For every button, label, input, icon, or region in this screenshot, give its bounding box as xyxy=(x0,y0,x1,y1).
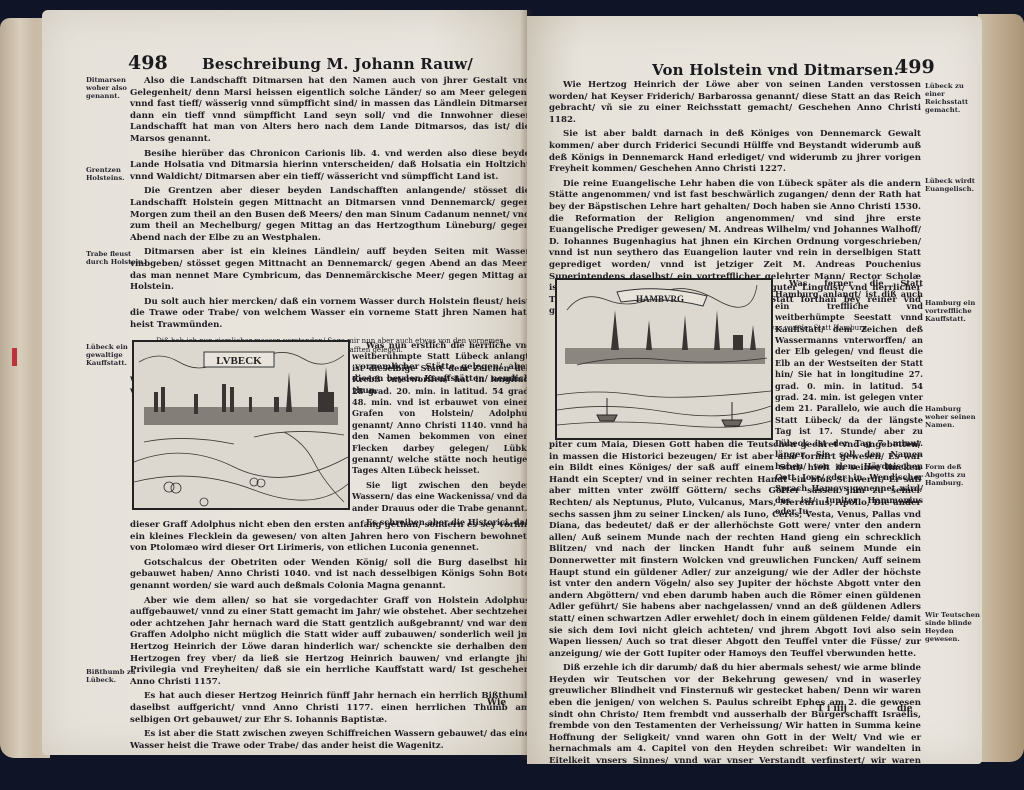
lubeck-woodcut: LVBECK xyxy=(132,340,350,510)
text-block-bottom-right: piter cum Maia, Diesen Gott haben die Te… xyxy=(549,440,921,764)
hamburg-cityscape-illustration: HAMBVRG xyxy=(557,280,771,438)
paragraph: Was nun erstlich die herrliche vnd weitb… xyxy=(352,340,527,477)
marginal-note: Lübeck wirdt Euangelisch. xyxy=(925,177,981,193)
paragraph: Diß erzehle ich dir darumb/ daß du hier … xyxy=(549,663,921,764)
hamburg-woodcut: HAMBVRG xyxy=(555,278,773,440)
text-column-beside-lubeck: Was nun erstlich die herrliche vnd weitb… xyxy=(352,340,527,532)
paragraph: Besihe hierüber das Chronicon Carionis l… xyxy=(130,149,527,184)
marginal-note: Form deß Abgotts zu Hamburg. xyxy=(925,463,981,487)
paragraph: Du solt auch hier mercken/ daß ein vorne… xyxy=(130,297,527,332)
paragraph: Die Grentzen aber dieser beyden Landscha… xyxy=(130,186,527,244)
catchword-right: die xyxy=(897,704,912,714)
text-block-bottom-left: dieser Graff Adolphus nicht eben den ers… xyxy=(130,520,527,755)
marginal-note: Lübeck zu einer Reichsstatt gemacht. xyxy=(925,82,981,114)
running-head-right: Von Holstein vnd Ditmarsen. xyxy=(652,61,899,79)
catchword-left: Wie xyxy=(487,698,506,708)
lubeck-cityscape-illustration: LVBECK xyxy=(134,342,348,508)
svg-text:LVBECK: LVBECK xyxy=(216,355,262,367)
page-number-right: 499 xyxy=(895,56,935,78)
left-page: 498 Beschreibung M. Johann Rauw/ Ditmars… xyxy=(42,10,527,755)
paragraph: piter cum Maia, Diesen Gott haben die Te… xyxy=(549,440,921,660)
paragraph: Ditmarsen aber ist ein kleines Ländlein/… xyxy=(130,247,527,293)
paragraph: Sie ist aber baldt darnach in deß Könige… xyxy=(549,129,921,175)
signature-mark: T i iiij xyxy=(817,704,847,714)
open-book: 498 Beschreibung M. Johann Rauw/ Ditmars… xyxy=(0,0,1024,790)
marginal-note: Wir Teutschen sinde blinde Heyden gewese… xyxy=(925,611,981,643)
marginal-note: Hamburg woher seinen Namen. xyxy=(925,405,981,429)
paragraph: Es hat auch dieser Hertzog Heinrich fünf… xyxy=(130,691,527,726)
paragraph: Gotschalcus der Obetriten oder Wenden Kö… xyxy=(130,558,527,593)
right-page-edges xyxy=(978,14,1024,762)
paragraph: Es ist aber die Statt zwischen zweyen Sc… xyxy=(130,729,527,752)
paragraph: Wie Hertzog Heinrich der Löwe aber von s… xyxy=(549,80,921,126)
svg-text:HAMBVRG: HAMBVRG xyxy=(636,294,684,304)
paragraph: dieser Graff Adolphus nicht eben den ers… xyxy=(130,520,527,555)
right-page: Von Holstein vnd Ditmarsen. 499 Lübeck z… xyxy=(527,16,982,764)
paragraph: Sie ligt zwischen den beyden Wassern/ da… xyxy=(352,480,527,514)
page-number-left: 498 xyxy=(128,52,168,74)
paragraph: Aber wie dem allen/ so hat sie vorgedach… xyxy=(130,596,527,689)
marginal-note: Hamburg ein vortreffliche Kauffstatt. xyxy=(925,299,981,323)
running-head-left: Beschreibung M. Johann Rauw/ xyxy=(202,55,473,73)
paragraph: Also die Landschafft Ditmarsen hat den N… xyxy=(130,76,527,146)
